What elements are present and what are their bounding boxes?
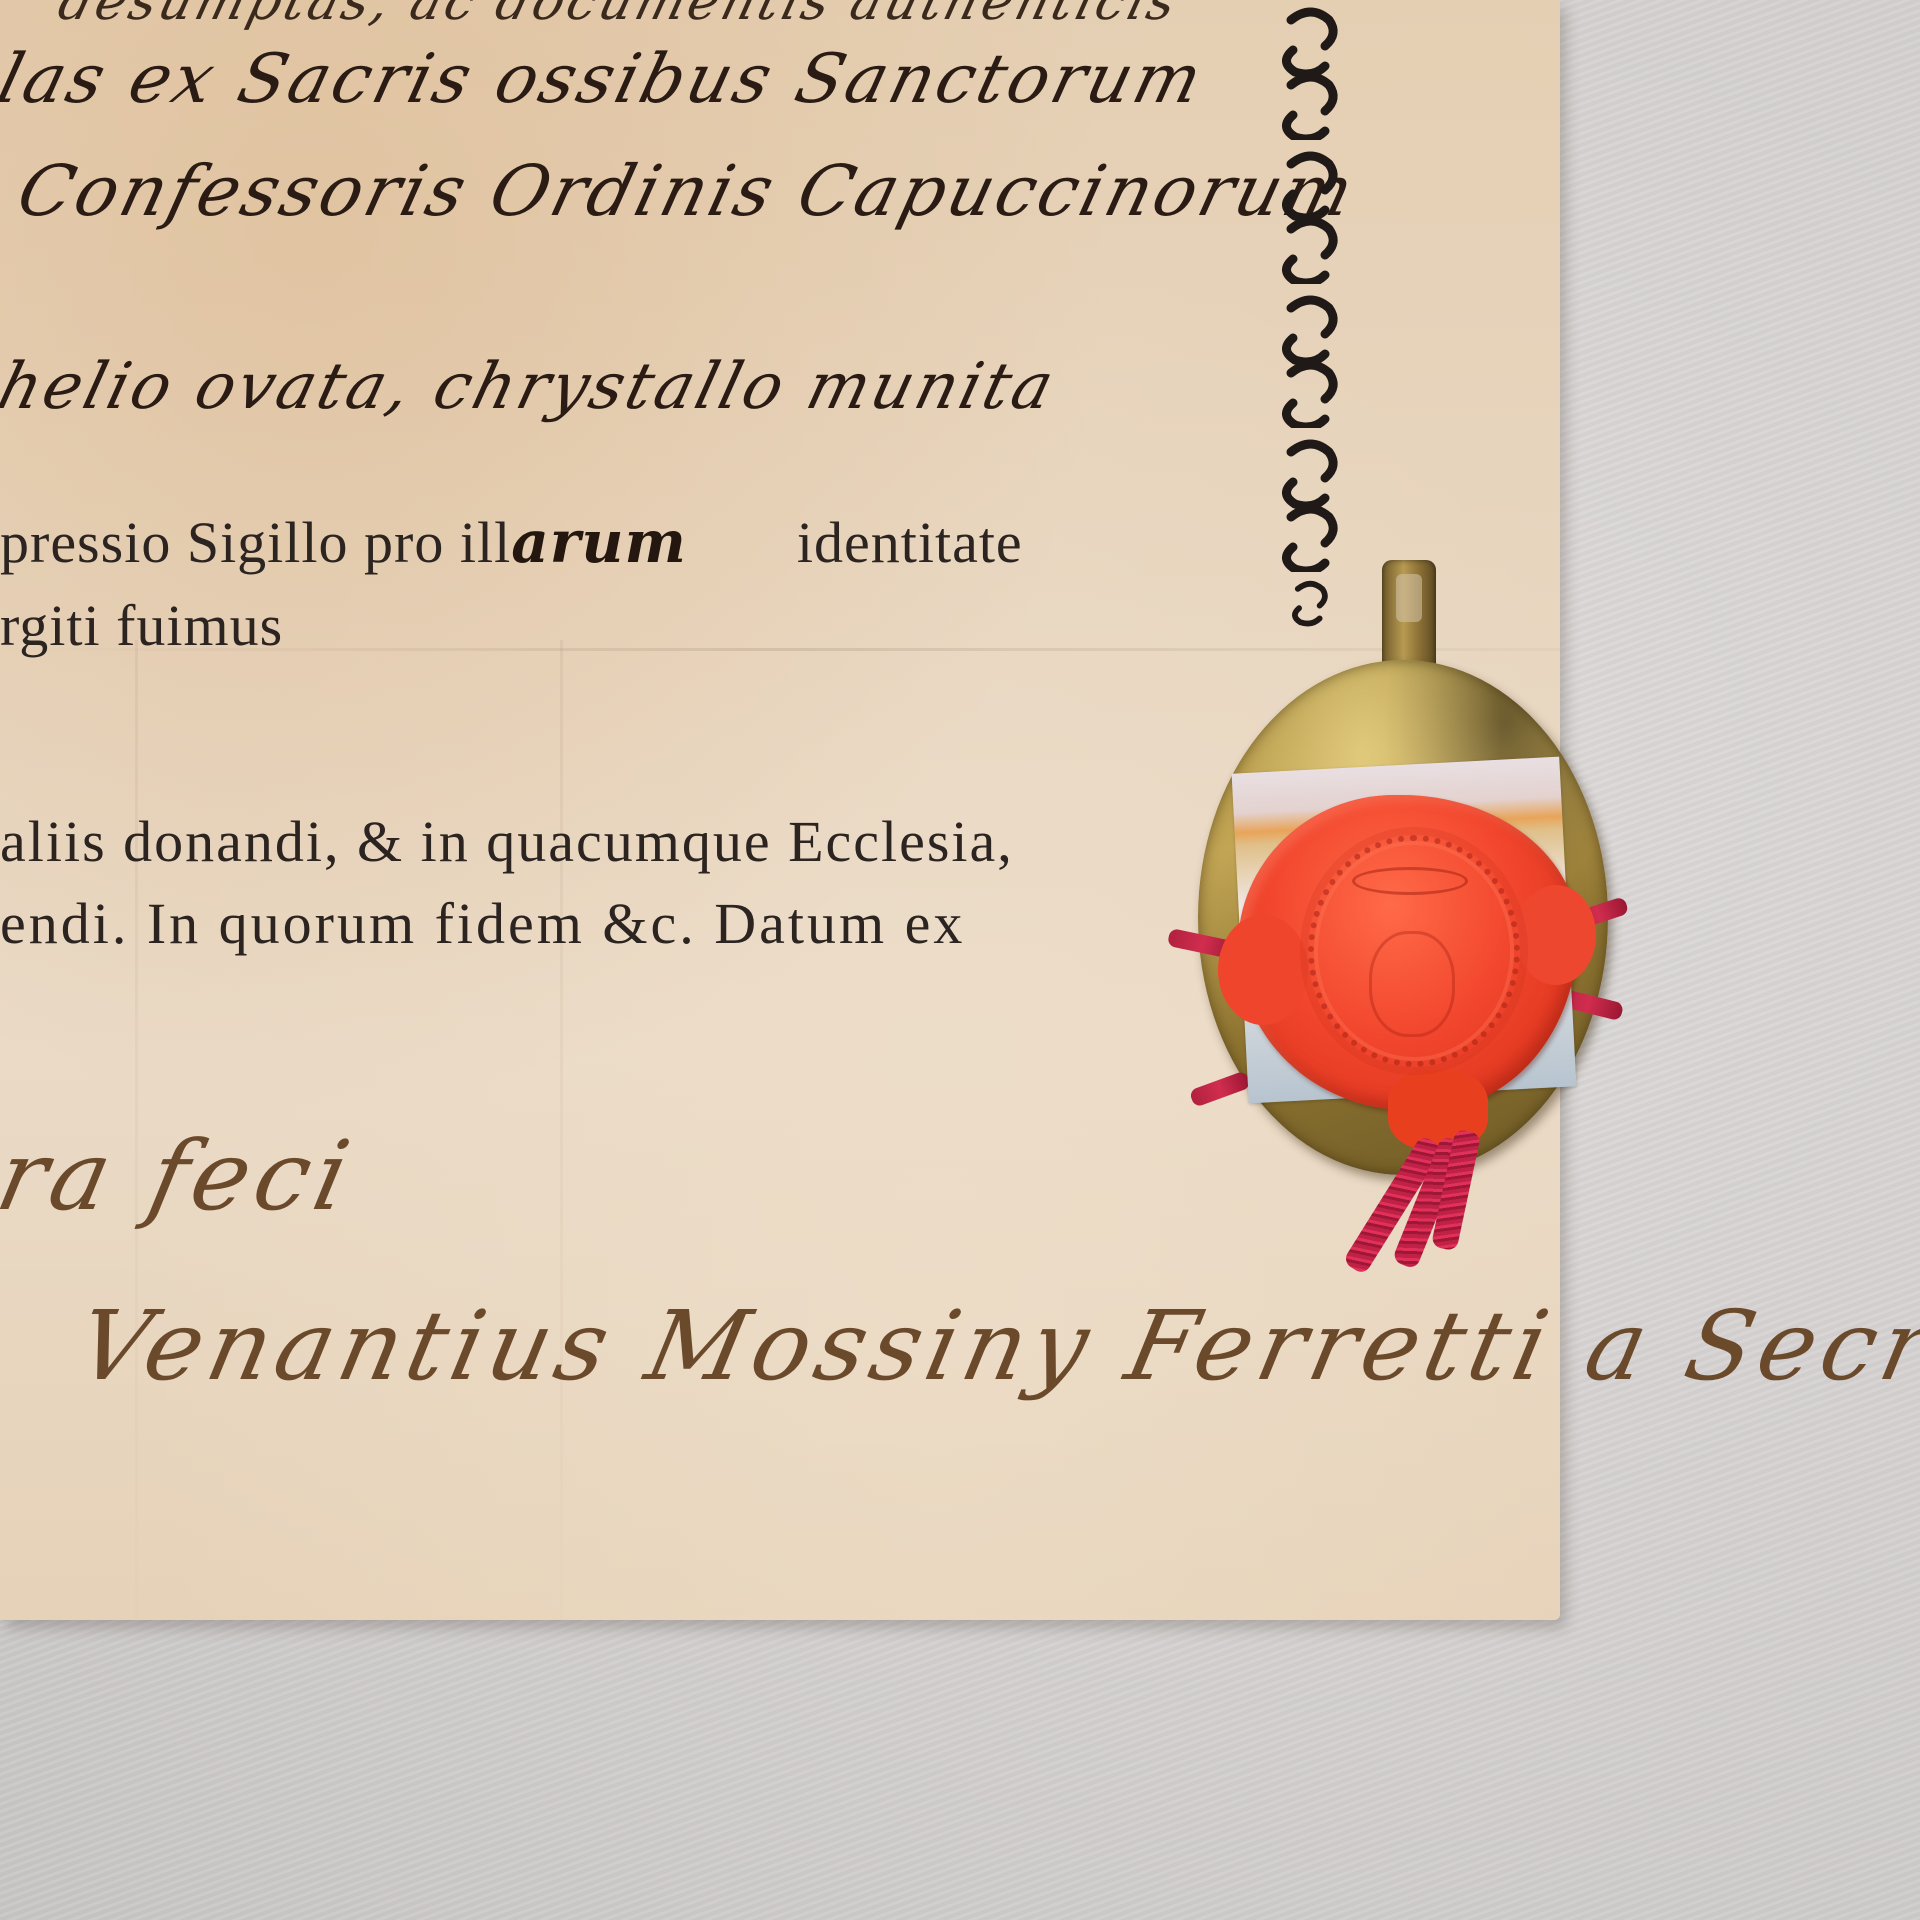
reliquary-with-seal [1198,560,1618,1200]
galero-hat-icon [1352,867,1468,895]
signature-feci: ra feci [0,1120,364,1232]
printed-line-3: aliis donandi, & in quacumque Ecclesia, [0,808,1014,875]
signature-text: Venantius Mossiny Ferretti a Secr. [68,1290,1920,1402]
printed-line-1: pressio Sigillo pro illarumidentitate [0,508,1023,576]
printed-line-2: rgiti fuimus [0,592,283,659]
printed-text: aliis donandi, & in quacumque Ecclesia, [0,809,1014,874]
signature-name: Venantius Mossiny Ferretti a Secr.tis [68,1290,1920,1402]
fleuron-ornament-icon [1271,432,1349,572]
printed-text: endi. In quorum fidem &c. Datum ex [0,891,965,956]
handwritten-insert: arum [511,508,687,576]
printed-text: identitate [797,510,1023,575]
handwritten-line-3: Confessoris Ordinis Capuccinorum [10,150,1364,232]
fleuron-ornament-icon [1271,0,1349,140]
handwritten-line-2: las ex Sacris ossibus Sanctorum [0,40,1212,119]
red-wax-seal [1238,795,1578,1110]
thread-left-lower [1189,1070,1252,1107]
handwritten-line-4: helio ovata, chrystallo munita [0,350,1063,424]
paper-crease [560,640,563,1620]
printed-text: rgiti fuimus [0,593,283,658]
heraldic-shield-icon [1369,931,1455,1037]
seal-impression-coat-of-arms [1308,835,1520,1067]
printed-line-4: endi. In quorum fidem &c. Datum ex [0,890,965,957]
handwritten-line-1: desumptas, ac documentis authenticis [53,0,1186,32]
printed-text: pressio Sigillo pro ill [0,510,511,575]
fleuron-ornament-icon [1271,288,1349,428]
fleuron-ornament-icon [1271,144,1349,284]
